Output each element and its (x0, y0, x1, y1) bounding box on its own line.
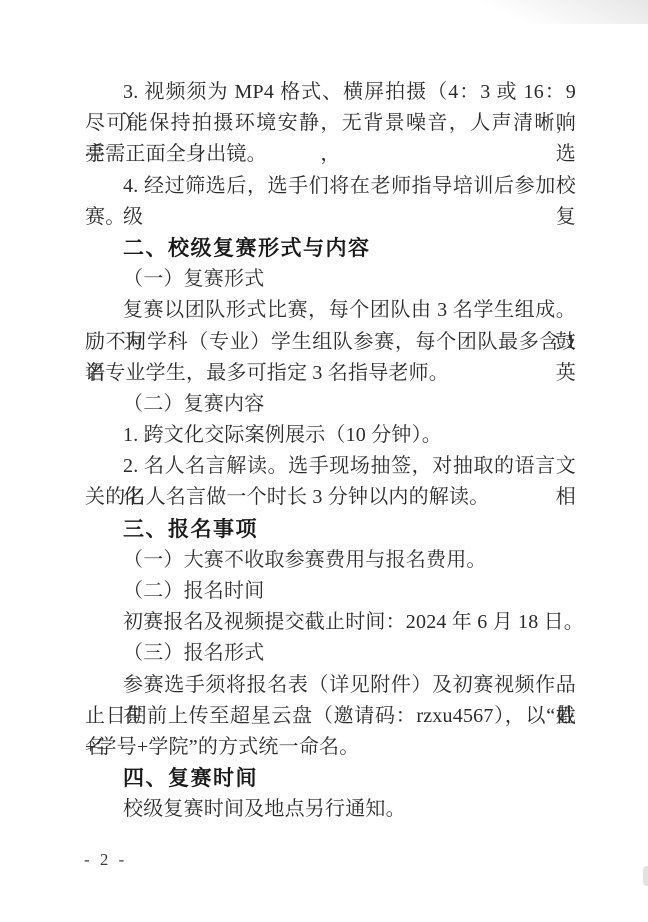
paragraph-line: 3. 视频须为 MP4 格式、横屏拍摄（4：3 或 16：9 ）， (85, 77, 576, 108)
subsection-heading: （三）报名形式 (85, 638, 576, 669)
paragraph-line: 2. 名人名言解读。选手现场抽签，对抽取的语言文化相 (85, 451, 576, 482)
scan-smudge-right-edge (643, 866, 648, 886)
document-page: 3. 视频须为 MP4 格式、横屏拍摄（4：3 或 16：9 ）， 尽可能保持拍… (0, 0, 648, 922)
paragraph-line: 复赛以团队形式比赛，每个团队由 3 名学生组成。为鼓 (85, 295, 576, 326)
subsection-heading: （一）复赛形式 (85, 264, 576, 295)
paragraph-line: 1. 跨文化交际案例展示（10 分钟）。 (85, 420, 576, 451)
paragraph-line: 励不同学科（专业）学生组队参赛，每个团队最多含 1 名英 (85, 327, 576, 358)
paragraph-line: 止日期前上传至超星云盘（邀请码：rzxu4567），以“姓名 (85, 701, 576, 732)
paragraph-line: 参赛选手须将报名表（详见附件）及初赛视频作品在截 (85, 670, 576, 701)
section-heading: 四、复赛时间 (85, 763, 576, 794)
paragraph-line: +学号+学院”的方式统一命名。 (85, 732, 576, 763)
document-text-block: 3. 视频须为 MP4 格式、横屏拍摄（4：3 或 16：9 ）， 尽可能保持拍… (85, 77, 576, 826)
subsection-heading: （二）复赛内容 (85, 389, 576, 420)
section-heading: 二、校级复赛形式与内容 (85, 233, 576, 264)
subsection-heading: （二）报名时间 (85, 576, 576, 607)
paragraph-line: 初赛报名及视频提交截止时间：2024 年 6 月 18 日。 (85, 607, 576, 638)
section-heading: 三、报名事项 (85, 514, 576, 545)
subsection-heading: （一）大赛不收取参赛费用与报名费用。 (85, 545, 576, 576)
scan-shade-top-right (448, 0, 648, 24)
paragraph-line: 校级复赛时间及地点另行通知。 (85, 794, 576, 825)
page-number: - 2 - (84, 850, 127, 870)
paragraph-line: 4. 经过筛选后，选手们将在老师指导培训后参加校级复 (85, 171, 576, 202)
paragraph-line: 尽可能保持拍摄环境安静，无背景噪音，人声清晰响亮，选 (85, 108, 576, 139)
